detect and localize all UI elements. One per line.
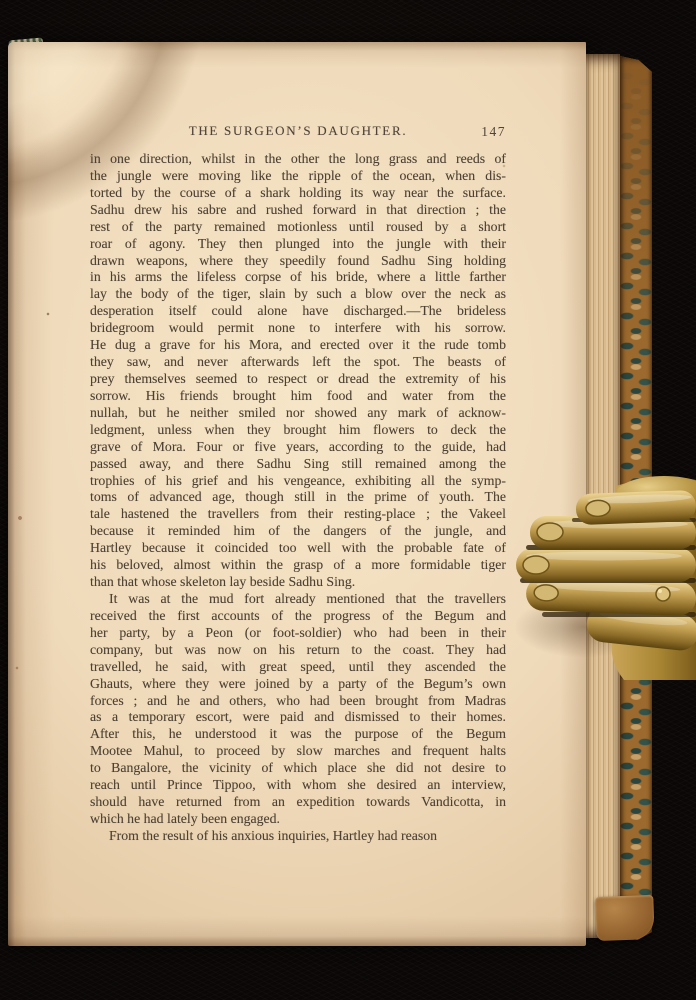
text-line: the jungle were moving like the ripple o…	[90, 168, 506, 185]
text-line: Sadhu drew his sabre and rushed forward …	[90, 202, 506, 219]
text-line: as a temporary escort, were paid and dis…	[90, 709, 506, 726]
text-line: ledgment, unless when they brought him f…	[90, 422, 506, 439]
text-line: passed away, and there Sadhu Sing still …	[90, 456, 506, 473]
paragraph: From the result of his anxious inquiries…	[90, 828, 506, 845]
text-line: forces ; and he and others, who had been…	[90, 693, 506, 710]
text-line: her party, by a Peon (or foot-soldier) w…	[90, 625, 506, 642]
text-line: received the first accounts of the progr…	[90, 608, 506, 625]
text-line: It was at the mud fort already mentioned…	[90, 591, 506, 608]
page-number: 147	[481, 124, 506, 140]
paragraph: in one direction, whilst in the other th…	[90, 151, 506, 591]
text-line: to Bangalore, the vicinity of which plac…	[90, 760, 506, 777]
text-line: bridegroom would permit none to interfer…	[90, 320, 506, 337]
text-line: which he had lately been engaged.	[90, 811, 506, 828]
text-line: lay the body of the tiger, slain by such…	[90, 286, 506, 303]
text-line: Ghauts, where they were joined by a part…	[90, 676, 506, 693]
text-line: grave of Mora. Four or five years, accor…	[90, 439, 506, 456]
book-photograph: THE SURGEON’S DAUGHTER. 147 in one direc…	[0, 0, 696, 1000]
text-line: than that whose skeleton lay beside Sadh…	[90, 574, 506, 591]
text-line: He dug a grave for his Mora, and erected…	[90, 337, 506, 354]
text-line: company, but was now on his return to th…	[90, 642, 506, 659]
text-line: drawn weapons, where they speedily found…	[90, 253, 506, 270]
text-line: tale hastened the travellers from their …	[90, 506, 506, 523]
text-block: in one direction, whilst in the other th…	[90, 151, 506, 845]
text-line: they saw, and never afterwards left the …	[90, 354, 506, 371]
text-line: should have returned from an expedition …	[90, 794, 506, 811]
text-line: reach until Prince Tippoo, with whom she…	[90, 777, 506, 794]
text-line: toms of advanced age, though still in th…	[90, 489, 506, 506]
page-header: THE SURGEON’S DAUGHTER. 147	[90, 123, 506, 141]
text-line: Mootee Mahul, to proceed by slow marches…	[90, 743, 506, 760]
text-line: From the result of his anxious inquiries…	[90, 828, 506, 845]
text-line: in one direction, whilst in the other th…	[90, 151, 506, 168]
text-line: in his arms the lifeless corpse of his b…	[90, 269, 506, 286]
text-line: Hartley because it coincided too well wi…	[90, 540, 506, 557]
paragraph: It was at the mud fort already mentioned…	[90, 591, 506, 828]
text-line: torted by the course of a shark holding …	[90, 185, 506, 202]
text-line: travelled, he said, with great speed, un…	[90, 659, 506, 676]
text-line: roar of agony. They then plunged into th…	[90, 236, 506, 253]
text-line: rest of the party remained motionless un…	[90, 219, 506, 236]
running-title: THE SURGEON’S DAUGHTER.	[90, 123, 506, 139]
text-line: desperation itself could alone have disc…	[90, 303, 506, 320]
text-line: sorrow. His friends brought him food and…	[90, 388, 506, 405]
text-line: trophies of his grief and his vengeance,…	[90, 473, 506, 490]
text-line: nullah, but he neither smiled nor showed…	[90, 405, 506, 422]
text-line: After this, he understood it was the pur…	[90, 726, 506, 743]
brass-hand-icon	[512, 466, 696, 680]
text-line: his beloved, almost within the grasp of …	[90, 557, 506, 574]
text-line: because it reminded him of the dangers o…	[90, 523, 506, 540]
text-line: prey themselves seemed to respect or dre…	[90, 371, 506, 388]
cover-corner	[595, 895, 655, 941]
